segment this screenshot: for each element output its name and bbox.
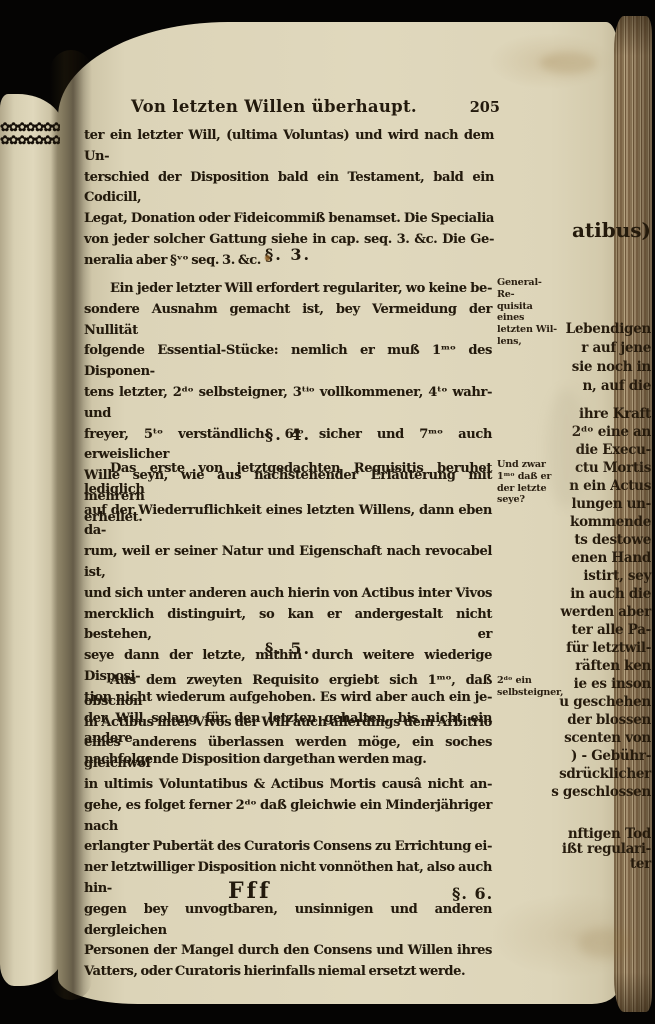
margin-note-line: General-Re-: [497, 277, 559, 301]
catchword-next-section: §. 6.: [452, 884, 493, 903]
signature-mark: Fff: [228, 878, 272, 904]
text-line: Ein jeder letzter Will erfordert regular…: [84, 279, 492, 300]
text-line: und sich unter anderen auch hierin von A…: [84, 584, 492, 605]
text-line: gehe, es folget ferner 2ᵈᵒ daß gleichwie…: [84, 796, 492, 838]
running-header: Von letzten Willen überhaupt.: [84, 97, 464, 116]
text-line: Das erste von jetztgedachten Requisitis …: [84, 459, 492, 501]
margin-note-line: selbsteigner,: [497, 687, 559, 699]
main-page-text-layer: Von letzten Willen überhaupt. 205 ter ei…: [0, 0, 655, 1024]
text-line: folgende Essential-Stücke: nemlich er mu…: [84, 341, 492, 383]
margin-note-line: der letzte: [497, 483, 559, 495]
text-line: in ultimis Voluntatibus & Actibus Mortis…: [84, 775, 492, 796]
text-line: eines anderens überlassen werden möge, e…: [84, 733, 492, 775]
margin-note-line: letzten Wil-: [497, 324, 559, 336]
margin-note-line: 1ᵐᵒ daß er: [497, 471, 559, 483]
section-5-paragraph: Aus dem zweyten Requisito ergiebt sich 1…: [84, 671, 492, 983]
section-3-heading: §. 3.: [84, 245, 492, 264]
text-line: ner letztwilliger Disposition nicht vonn…: [84, 858, 492, 900]
text-line: sondere Ausnahm gemacht ist, bey Vermeid…: [84, 300, 492, 342]
text-line: Legat, Donation oder Fideicommiß benamse…: [84, 209, 494, 230]
text-line: ter ein letzter Will, (ultima Voluntas) …: [84, 126, 494, 168]
text-line: auf der Wiederruflichkeit eines letzten …: [84, 501, 492, 543]
margin-note-line: 2ᵈᵒ ein: [497, 675, 559, 687]
text-line: Personen der Mangel durch den Consens un…: [84, 941, 492, 962]
margin-note-line: lens,: [497, 336, 559, 348]
book-scan: ✿✿✿✿✿✿✿✿ ✿✿✿✿✿✿✿✿ atibus) Lebendigenr au…: [0, 0, 655, 1024]
text-line: tens letzter, 2ᵈᵒ selbsteigner, 3ᵗⁱᵒ vol…: [84, 383, 492, 425]
page-number: 205: [446, 99, 500, 116]
section-5-heading: §. 5.: [84, 639, 492, 658]
text-line: Aus dem zweyten Requisito ergiebt sich 1…: [84, 671, 492, 713]
margin-note-line: quisita eines: [497, 301, 559, 325]
text-line: erlangter Pubertät des Curatoris Consens…: [84, 837, 492, 858]
section-4-heading: §. 4.: [84, 425, 492, 444]
section-5-margin-note: 2ᵈᵒ einselbsteigner,: [497, 675, 559, 699]
section-3-margin-note: General-Re-quisita einesletzten Wil-lens…: [497, 277, 559, 348]
text-line: gegen bey unvogtbaren, unsinnigen und an…: [84, 900, 492, 942]
text-line: Vatters, oder Curatoris hierinfalls niem…: [84, 962, 492, 983]
text-line: rum, weil er seiner Natur und Eigenschaf…: [84, 542, 492, 584]
text-line: in Actibus inter Vivos der Will auch all…: [84, 713, 492, 734]
section-4-margin-note: Und zwar1ᵐᵒ daß erder letzteseye?: [497, 459, 559, 506]
margin-note-line: Und zwar: [497, 459, 559, 471]
margin-note-line: seye?: [497, 494, 559, 506]
text-line: terschied der Disposition bald ein Testa…: [84, 168, 494, 210]
